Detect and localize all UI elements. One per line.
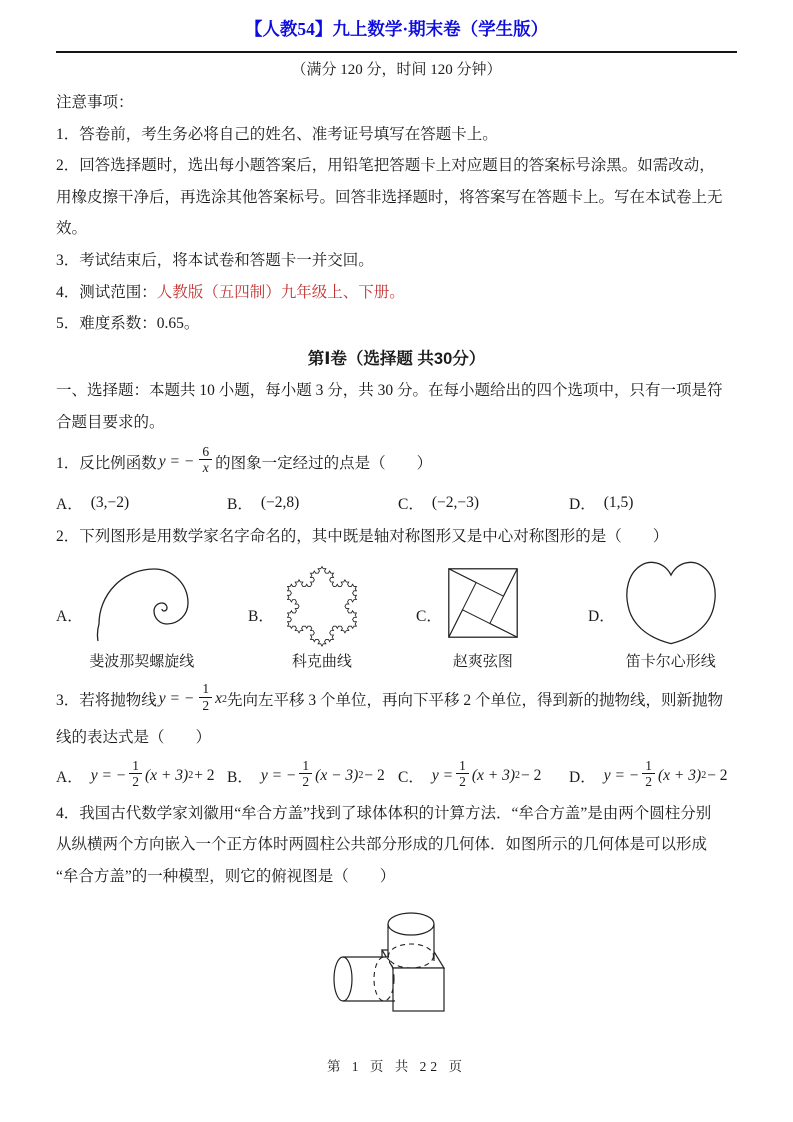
part-1-title: 第Ⅰ卷（选择题 共30分）: [56, 344, 737, 376]
q2-option-d: D． 笛卡尔心形线: [588, 556, 737, 674]
score-time-line: （满分 120 分，时间 120 分钟）: [56, 59, 737, 81]
notice-item-1: 1．答卷前，考生务必将自己的姓名、准考证号填写在答题卡上。: [56, 119, 737, 151]
q2-option-b-caption: 科克曲线: [292, 650, 352, 674]
q3-option-c: C．y = 12(x + 3)2− 2: [398, 760, 569, 792]
question-2-options: A． 斐波那契螺旋线 B． 科克曲线: [56, 556, 737, 674]
question-3-options: A．y = −12(x + 3)2+ 2 B．y = −12(x − 3)2− …: [56, 754, 737, 798]
zhao-shuang-chord-figure: [448, 568, 518, 638]
question-4-line-1: 4．我国古代数学家刘徽用“牟合方盖”找到了球体体积的计算方法．“牟合方盖”是由两…: [56, 798, 737, 830]
section-intro-line-1: 一、选择题：本题共 10 小题，每小题 3 分，共 30 分。在每小题给出的四个…: [56, 375, 737, 407]
q1-option-a: A．(3,−2): [56, 492, 227, 514]
koch-curve-figure: [280, 558, 364, 649]
notice-item-5: 5．难度系数：0.65。: [56, 308, 737, 340]
q2-option-c: C． 赵爽弦图: [416, 556, 588, 674]
q1-option-c: C．(−2,−3): [398, 492, 569, 514]
q2-option-a: A． 斐波那契螺旋线: [56, 556, 248, 674]
cube-with-cylinders-figure: [322, 899, 472, 1021]
notice-item-2-line-1: 2．回答选择题时，选出每小题答案后，用铅笔把答题卡上对应题目的答案标号涂黑。如需…: [56, 150, 737, 182]
question-4-line-2: 从纵横两个方向嵌入一个正方体时两圆柱公共部分形成的几何体．如图所示的几何体是可以…: [56, 829, 737, 861]
question-1-stem: 1．反比例函数 y = − 6x 的图象一定经过的点是（ ）: [56, 439, 737, 485]
q1-option-b: B．(−2,8): [227, 492, 398, 514]
q3-option-d: D．y = −12(x + 3)2− 2: [569, 760, 737, 792]
q1-option-d: D．(1,5): [569, 492, 737, 514]
q3-fraction: 12: [199, 681, 212, 713]
q1-stem-text-after: 的图象一定经过的点是（ ）: [215, 451, 432, 473]
q3-option-a: A．y = −12(x + 3)2+ 2: [56, 760, 227, 792]
question-4-figure-area: [56, 899, 737, 1021]
notice-item-3: 3．考试结束后，将本试卷和答题卡一并交回。: [56, 245, 737, 277]
fibonacci-spiral-figure: [89, 561, 195, 645]
q3-option-b: B．y = −12(x − 3)2− 2: [227, 760, 398, 792]
question-2-stem: 2．下列图形是用数学家名字命名的，其中既是轴对称图形又是中心对称图形的是（ ）: [56, 521, 737, 553]
header-divider: [56, 51, 737, 53]
q3-variable: x: [215, 690, 222, 708]
question-1-options: A．(3,−2) B．(−2,8) C．(−2,−3) D．(1,5): [56, 485, 737, 521]
cardioid-figure: [621, 556, 721, 650]
q1-equation-lhs: y = −: [159, 453, 195, 471]
q1-fraction: 6x: [199, 444, 212, 476]
notice-item-4-label: 4．测试范围：: [56, 284, 157, 301]
notice-item-2-line-3: 效。: [56, 213, 737, 245]
q3-equation-lhs: y = −: [159, 690, 195, 708]
exam-page: 【人教54】九上数学·期末卷（学生版） （满分 120 分，时间 120 分钟）…: [0, 0, 793, 1122]
page-footer: 第 1 页 共 22 页: [0, 1056, 793, 1078]
section-intro-line-2: 合题目要求的。: [56, 407, 737, 439]
notice-item-4: 4．测试范围：人教版（五四制）九年级上、下册。: [56, 277, 737, 309]
q3-stem-text-after: 先向左平移 3 个单位，再向下平移 2 个单位，得到新的抛物线，则新抛物: [227, 688, 723, 710]
q2-option-d-caption: 笛卡尔心形线: [626, 650, 716, 674]
question-3-stem-line-2: 线的表达式是（ ）: [56, 722, 737, 754]
q2-option-c-caption: 赵爽弦图: [453, 650, 513, 674]
q2-option-a-caption: 斐波那契螺旋线: [89, 650, 194, 674]
exam-title: 【人教54】九上数学·期末卷（学生版）: [56, 16, 737, 42]
q2-option-b: B． 科克曲线: [248, 556, 416, 674]
notice-item-2-line-2: 用橡皮擦干净后，再选涂其他答案标号。回答非选择题时，将答案写在答题卡上。写在本试…: [56, 182, 737, 214]
question-3-stem: 3．若将抛物线 y = − 12 x2 先向左平移 3 个单位，再向下平移 2 …: [56, 676, 737, 722]
notice-item-4-scope: 人教版（五四制）九年级上、下册。: [157, 284, 405, 301]
q1-stem-text: 1．反比例函数: [56, 451, 157, 473]
notice-heading: 注意事项：: [56, 87, 737, 119]
q3-stem-text: 3．若将抛物线: [56, 688, 157, 710]
question-4-line-3: “牟合方盖”的一种模型，则它的俯视图是（ ）: [56, 861, 737, 893]
